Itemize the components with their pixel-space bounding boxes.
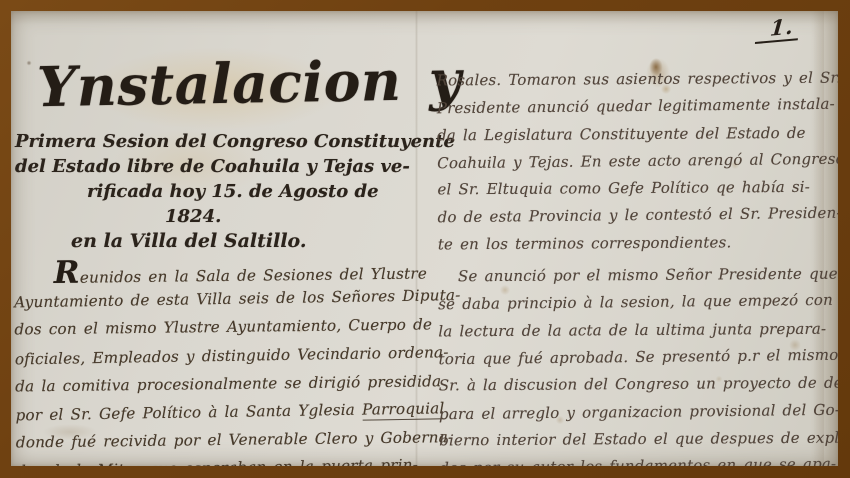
manuscript-line: toria que fué aprobada. Se presentó p.r … — [438, 342, 836, 374]
subtitle-line: del Estado libre de Coahuila y Tejas ve- — [15, 154, 425, 179]
line-text: por el Sr. Gefe Político à la Santa Ygle… — [15, 401, 362, 425]
right-column: Rosales. Tomaron sus asientos respectivo… — [437, 65, 838, 466]
page-number: 1. — [755, 13, 800, 44]
manuscript-line: Se anunció por el mismo Señor Presidente… — [438, 261, 836, 291]
manuscript-page: 1. Ynstalacion y Primera Sesion del Cong… — [11, 11, 838, 466]
manuscript-line: Presidente anunció quedar legitimamente … — [437, 91, 835, 123]
subtitle-line: rificada hoy 15. de Agosto de — [15, 179, 425, 204]
right-paragraph-1: Rosales. Tomaron sus asientos respectivo… — [437, 65, 836, 259]
manuscript-line: do de esta Provincia y le contestó el Sr… — [437, 200, 835, 232]
left-body-paragraph: Reunidos en la Sala de Sesiones del Ylus… — [14, 255, 427, 466]
manuscript-line: Coahuila y Tejas. En este acto arengó al… — [437, 146, 835, 178]
manuscript-line: bierno interior del Estado el que despue… — [439, 424, 837, 454]
left-column: Ynstalacion y Primera Sesion del Congres… — [15, 41, 425, 466]
manuscript-line: la lectura de la acta de la ultima junta… — [438, 315, 836, 345]
manuscript-line: Sr. à la discusion del Congreso un proye… — [439, 370, 837, 400]
right-paragraph-2: Se anunció por el mismo Señor Presidente… — [438, 261, 838, 466]
manuscript-line: da la Legislatura Constituyente del Esta… — [437, 119, 835, 149]
subtitle-line: 1824. — [15, 204, 425, 229]
manuscript-line: te en los terminos correspondientes. — [438, 228, 836, 258]
manuscript-line: Rosales. Tomaron sus asientos respectivo… — [437, 65, 835, 95]
manuscript-line: se daba principio à la sesion, la que em… — [438, 287, 836, 319]
underlined-word: Parroquial — [362, 399, 445, 420]
place-line: en la Villa del Saltillo. — [15, 229, 425, 253]
document-title: Ynstalacion y — [14, 37, 425, 130]
document-subtitle: Primera Sesion del Congreso Constituyent… — [15, 129, 425, 229]
manuscript-line: el Sr. Eltuquia como Gefe Político qe ha… — [437, 174, 835, 204]
manuscript-line: para el arreglo y organizacion provision… — [439, 396, 837, 428]
manuscript-frame: 1. Ynstalacion y Primera Sesion del Cong… — [0, 0, 850, 478]
subtitle-line: Primera Sesion del Congreso Constituyent… — [15, 129, 425, 154]
